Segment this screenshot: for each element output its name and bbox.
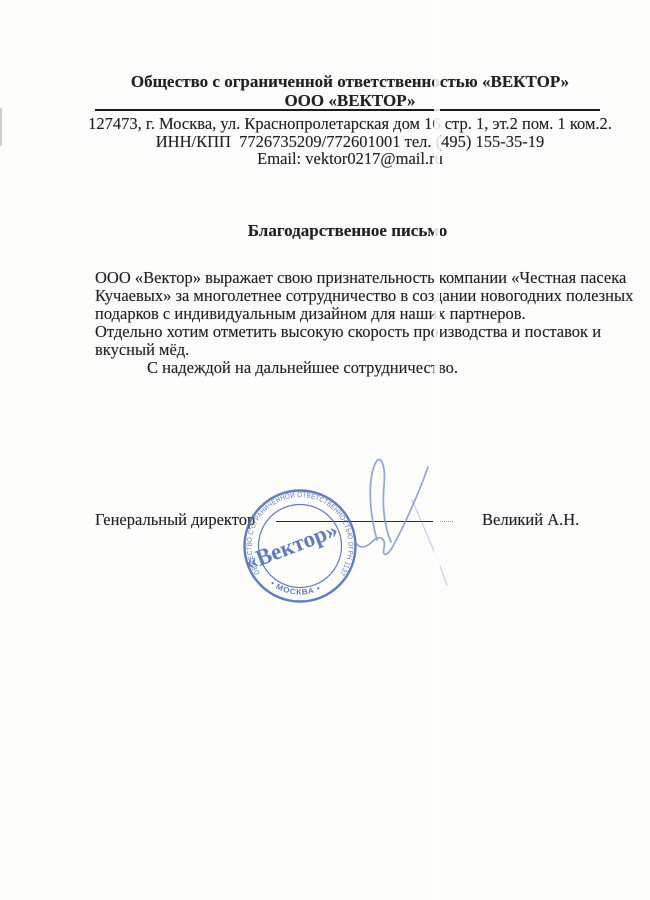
address-line: 127473, г. Москва, ул. Краснопролетарска… xyxy=(50,115,650,133)
scan-streak-artifact xyxy=(434,0,440,900)
director-title-label: Генеральный директор xyxy=(95,510,255,530)
body-line: подарков с индивидуальным дизайном для н… xyxy=(95,305,615,323)
email-line: Email: vektor0217@mail.ru xyxy=(50,150,650,168)
svg-text:• МОСКВА •: • МОСКВА • xyxy=(269,579,322,597)
stamp-city-text: • МОСКВА • xyxy=(269,579,322,597)
org-full-name: Общество с ограниченной ответственностью… xyxy=(50,73,650,91)
body-line: Кучаевых» за многолетнее сотрудничество … xyxy=(95,287,615,305)
signature-stroke xyxy=(370,460,391,542)
letter-title: Благодарственное письмо xyxy=(50,221,645,241)
body-line: ООО «Вектор» выражает свою признательнос… xyxy=(95,269,615,287)
org-short-name: ООО «ВЕКТОР» xyxy=(50,92,650,110)
contact-block: 127473, г. Москва, ул. Краснопролетарска… xyxy=(50,115,650,168)
letterhead: Общество с ограниченной ответственностью… xyxy=(50,73,650,110)
scan-edge-artifact xyxy=(0,108,2,146)
body-closing-line: С надеждой на дальнейшее сотрудничество. xyxy=(95,359,615,377)
body-line: Отдельно хотим отметить высокую скорость… xyxy=(95,323,615,341)
letter-body: ООО «Вектор» выражает свою признательнос… xyxy=(95,269,615,377)
signer-name: Великий А.Н. xyxy=(482,510,579,530)
scanned-letter-document: Общество с ограниченной ответственностью… xyxy=(0,0,650,900)
handwritten-signature xyxy=(330,450,460,600)
body-line: вкусный мёд. xyxy=(95,341,615,359)
letterhead-divider xyxy=(95,109,600,111)
signature-stroke xyxy=(412,500,447,585)
inn-kpp-phone-line: ИНН/КПП 7726735209/772601001 тел. (495) … xyxy=(50,133,650,151)
